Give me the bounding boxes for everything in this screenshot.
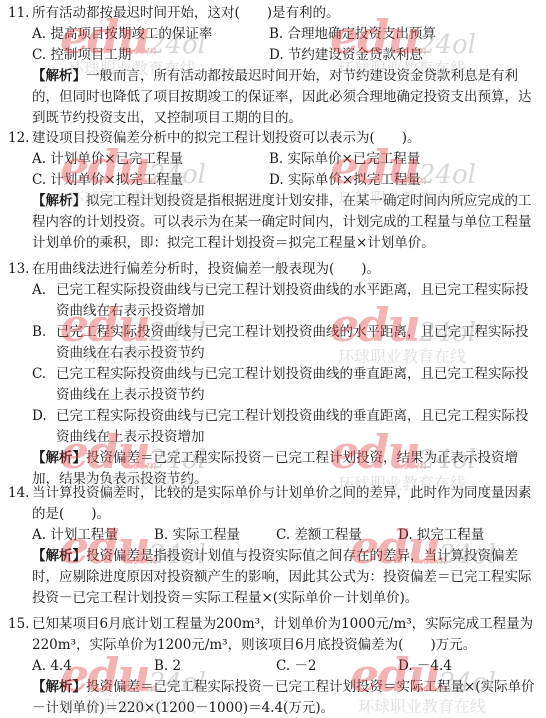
question-15: 15.已知某项目6月底计划工程量为200m³，计划单价为1000元/m³，实际完…	[8, 614, 538, 718]
option-b: B. 实际单价×已完工程量	[269, 149, 506, 170]
option-d: D.已完工程实际投资曲线与已完工程计划投资曲线的垂直距离，且已完工程实际投资曲线…	[32, 406, 538, 448]
question-number: 12.	[8, 128, 32, 149]
option-c: C. 控制项目工期	[32, 45, 269, 66]
question-number: 15.	[8, 614, 32, 656]
option-a: A.已完工程实际投资曲线与已完工程计划投资曲线的水平距离，且已完工程实际投资曲线…	[32, 280, 538, 322]
option-c: C. 差额工程量	[276, 525, 398, 546]
option-d: D. 实际单价×拟完工程量	[269, 170, 506, 191]
analysis-text: 一般而言，所有活动都按最迟时间开始，对节约建设资金贷款利息是有利的，但同时也降低…	[32, 68, 532, 126]
document-page: 11.所有活动都按最迟时间开始，这对( )是有利的。 A. 提高项目按期竣工的保…	[0, 0, 546, 718]
analysis: 【解析】投资偏差＝已完工程实际投资－已完工程计划投资＝实际工程量×(实际单价－计…	[32, 677, 538, 718]
question-stem: 在用曲线法进行偏差分析时，投资偏差一般表现为( )。	[32, 259, 538, 280]
option-d: D. 拟完工程量	[398, 525, 520, 546]
question-stem: 建设项目投资偏差分析中的拟完工程计划投资可以表示为( )。	[32, 128, 538, 149]
question-stem: 已知某项目6月底计划工程量为200m³，计划单价为1000元/m³，实际完成工程…	[32, 614, 538, 656]
option-b: B. 2	[154, 656, 276, 677]
option-a: A. 计划单价×已完工程量	[32, 149, 269, 170]
analysis-text: 拟完工程计划投资是指根据进度计划安排，在某一确定时间内所应完成的工程内容的计划投…	[32, 193, 532, 251]
question-number: 11.	[8, 3, 32, 24]
analysis-tag: 【解析】	[32, 548, 86, 564]
analysis: 【解析】一般而言，所有活动都按最迟时间开始，对节约建设资金贷款利息是有利的，但同…	[32, 66, 538, 129]
option-a: A. 4.4	[32, 656, 154, 677]
option-a: A. 提高项目按期竣工的保证率	[32, 24, 269, 45]
option-c: C.已完工程实际投资曲线与已完工程计划投资曲线的垂直距离，且已完工程实际投资曲线…	[32, 364, 538, 406]
question-stem: 当计算投资偏差时，比较的是实际单价与计划单价之间的差异，此时作为同度量因素的是(…	[32, 483, 538, 525]
analysis: 【解析】投资偏差是指投资计划值与投资实际值之间存在的差异，当计算投资偏差时，应剔…	[32, 546, 538, 609]
question-11: 11.所有活动都按最迟时间开始，这对( )是有利的。 A. 提高项目按期竣工的保…	[8, 3, 538, 129]
analysis-text: 投资偏差＝已完工程实际投资－已完工程计划投资，结果为正表示投资增加，结果为负表示…	[32, 450, 518, 487]
question-13: 13.在用曲线法进行偏差分析时，投资偏差一般表现为( )。 A.已完工程实际投资…	[8, 259, 538, 490]
option-c: C. －2	[276, 656, 398, 677]
option-b: B.已完工程实际投资曲线与已完工程计划投资曲线的水平距离，且已完工程实际投资曲线…	[32, 322, 538, 364]
option-d: D. －4.4	[398, 656, 520, 677]
analysis-tag: 【解析】	[32, 68, 86, 84]
option-b: B. 实际工程量	[154, 525, 276, 546]
question-14: 14.当计算投资偏差时，比较的是实际单价与计划单价之间的差异，此时作为同度量因素…	[8, 483, 538, 609]
option-c: C. 计划单价×拟完工程量	[32, 170, 269, 191]
analysis-tag: 【解析】	[32, 193, 86, 209]
analysis-tag: 【解析】	[32, 679, 86, 695]
analysis-tag: 【解析】	[32, 450, 86, 466]
option-b: B. 合理地确定投资支出预算	[269, 24, 506, 45]
question-number: 14.	[8, 483, 32, 525]
question-stem: 所有活动都按最迟时间开始，这对( )是有利的。	[32, 3, 538, 24]
question-12: 12.建设项目投资偏差分析中的拟完工程计划投资可以表示为( )。 A. 计划单价…	[8, 128, 538, 254]
analysis-text: 投资偏差＝已完工程实际投资－已完工程计划投资＝实际工程量×(实际单价－计划单价)…	[32, 679, 535, 716]
option-a: A. 计划工程量	[32, 525, 154, 546]
option-d: D. 节约建设资金贷款利息	[269, 45, 506, 66]
analysis-text: 投资偏差是指投资计划值与投资实际值之间存在的差异，当计算投资偏差时，应剔除进度原…	[32, 548, 532, 606]
question-number: 13.	[8, 259, 32, 280]
analysis: 【解析】拟完工程计划投资是指根据进度计划安排，在某一确定时间内所应完成的工程内容…	[32, 191, 538, 254]
